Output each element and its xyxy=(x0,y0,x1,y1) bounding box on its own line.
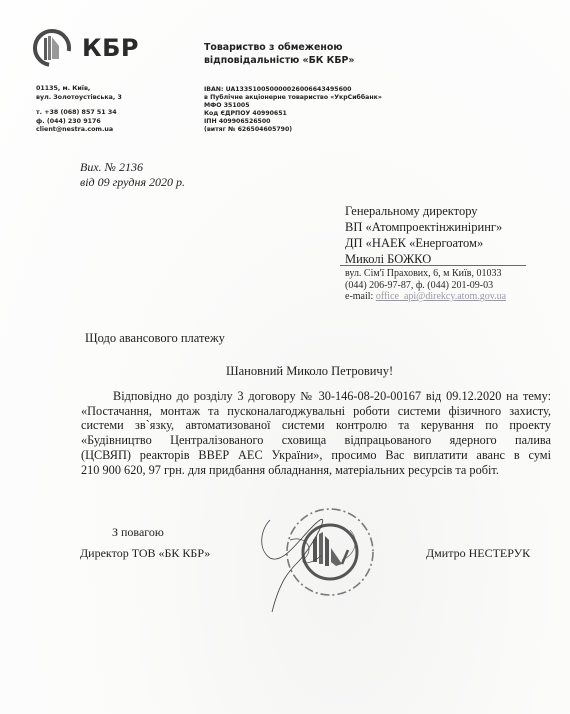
email-label: e-mail: xyxy=(345,291,376,302)
letter-body: Відповідно до розділу 3 договору № 30-14… xyxy=(81,389,551,477)
kbr-logo-icon xyxy=(32,28,72,68)
recipient-contacts: вул. Сім'ї Прахових, 6, м Київ, 01033 (0… xyxy=(345,268,506,303)
iban-line: IBAN: UA133510050000026006643495600 xyxy=(204,86,382,94)
recipient-email-link[interactable]: office_api@direkcy.atom.gov.ua xyxy=(376,291,506,302)
outgoing-date: від 09 грудня 2020 р. xyxy=(80,175,185,190)
letter-subject: Щодо авансового платежу xyxy=(85,331,225,346)
recipient-phones: (044) 206-97-87, ф. (044) 201-09-03 xyxy=(345,280,506,292)
body-line: «Будівництво Централізованого сховища ві… xyxy=(81,433,551,448)
company-name: Товариство з обмеженою відповідальністю … xyxy=(204,42,354,67)
mfo-line: МФО 351005 xyxy=(204,102,382,110)
sender-address: 01135, м. Київ, вул. Золотоустівська, 3 … xyxy=(36,85,122,135)
signer-position: Директор ТОВ «БК КБР» xyxy=(80,546,210,561)
ipn-line: ІПН 409906526500 xyxy=(204,118,382,126)
body-line: 210 900 620, 97 грн. для придбання облад… xyxy=(81,463,551,478)
outgoing-reference: Вих. № 2136 від 09 грудня 2020 р. xyxy=(80,160,185,189)
recipient-block: Генеральному директору ВП «Атомпроектінж… xyxy=(345,203,502,267)
address-line: вул. Золотоустівська, 3 xyxy=(36,94,122,103)
body-line: системи зв`язку, автоматизованої системи… xyxy=(81,418,551,433)
recipient-address: вул. Сім'ї Прахових, 6, м Київ, 01033 xyxy=(345,268,506,280)
edrpou-line: Код ЄДРПОУ 40990651 xyxy=(204,110,382,118)
salutation: Шановний Миколо Петровичу! xyxy=(226,364,393,379)
recipient-divider xyxy=(340,265,526,266)
company-name-line: відповідальністю «БК КБР» xyxy=(204,55,354,68)
letter-page: КБР 01135, м. Київ, вул. Золотоустівська… xyxy=(0,0,570,714)
company-stamp-icon xyxy=(250,500,400,615)
address-line: 01135, м. Київ, xyxy=(36,85,122,94)
body-line: (ЦСВЯП) реакторів ВВЕР АЕС України», про… xyxy=(81,448,551,463)
company-name-line: Товариство з обмеженою xyxy=(204,42,354,55)
bank-details: IBAN: UA133510050000026006643495600 в Пу… xyxy=(204,86,382,135)
extract-line: (витяг № 626504605790) xyxy=(204,126,382,134)
phone-line: т. +38 (068) 857 51 34 xyxy=(36,109,122,118)
recipient-line: ДП «НАЕК «Енергоатом» xyxy=(345,235,502,251)
logo-text: КБР xyxy=(82,34,139,62)
signer-name: Дмитро НЕСТЕРУК xyxy=(426,546,530,561)
body-line: Відповідно до розділу 3 договору № 30-14… xyxy=(81,389,551,404)
recipient-line: ВП «Атомпроектінжиніринг» xyxy=(345,219,502,235)
bank-name-line: в Публічне акціонерне товариство «УкрСиб… xyxy=(204,94,382,102)
recipient-line: Генеральному директору xyxy=(345,203,502,219)
outgoing-number: Вих. № 2136 xyxy=(80,160,185,175)
body-line: «Постачання, монтаж та пусконалагоджувал… xyxy=(81,404,551,419)
closing-phrase: З повагою xyxy=(112,525,164,540)
recipient-email-row: e-mail: office_api@direkcy.atom.gov.ua xyxy=(345,291,506,303)
company-logo: КБР xyxy=(32,28,139,68)
email-line: client@nestra.com.ua xyxy=(36,126,122,135)
